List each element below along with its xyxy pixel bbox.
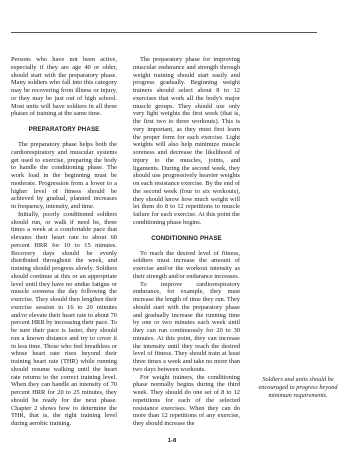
sidebar-note: Soldiers and units should be encouraged … [257,376,339,399]
preparatory-phase-heading: PREPARATORY PHASE [11,126,117,133]
header-rule [11,32,317,33]
conditioning-paragraph-3: For weight trainers, the conditioning ph… [133,374,240,428]
conditioning-paragraph-2: To improve cardiorespiratory endurance, … [133,281,240,374]
intro-paragraph: Persons who have not been active, especi… [11,56,117,118]
preparatory-paragraph-1: The preparatory phase helps both the car… [11,141,117,211]
conditioning-phase-heading: CONDITIONING PHASE [133,235,240,242]
preparatory-paragraph-2: Initially, poorly conditioned soldiers s… [11,211,117,428]
conditioning-paragraph-1: To reach the desired level of fitness, s… [133,250,240,281]
left-column: Persons who have not been active, especi… [11,56,117,428]
weight-training-paragraph: The preparatory phase for improving musc… [133,56,240,227]
page-number: 1-8 [164,438,180,444]
right-column: The preparatory phase for improving musc… [133,56,240,428]
